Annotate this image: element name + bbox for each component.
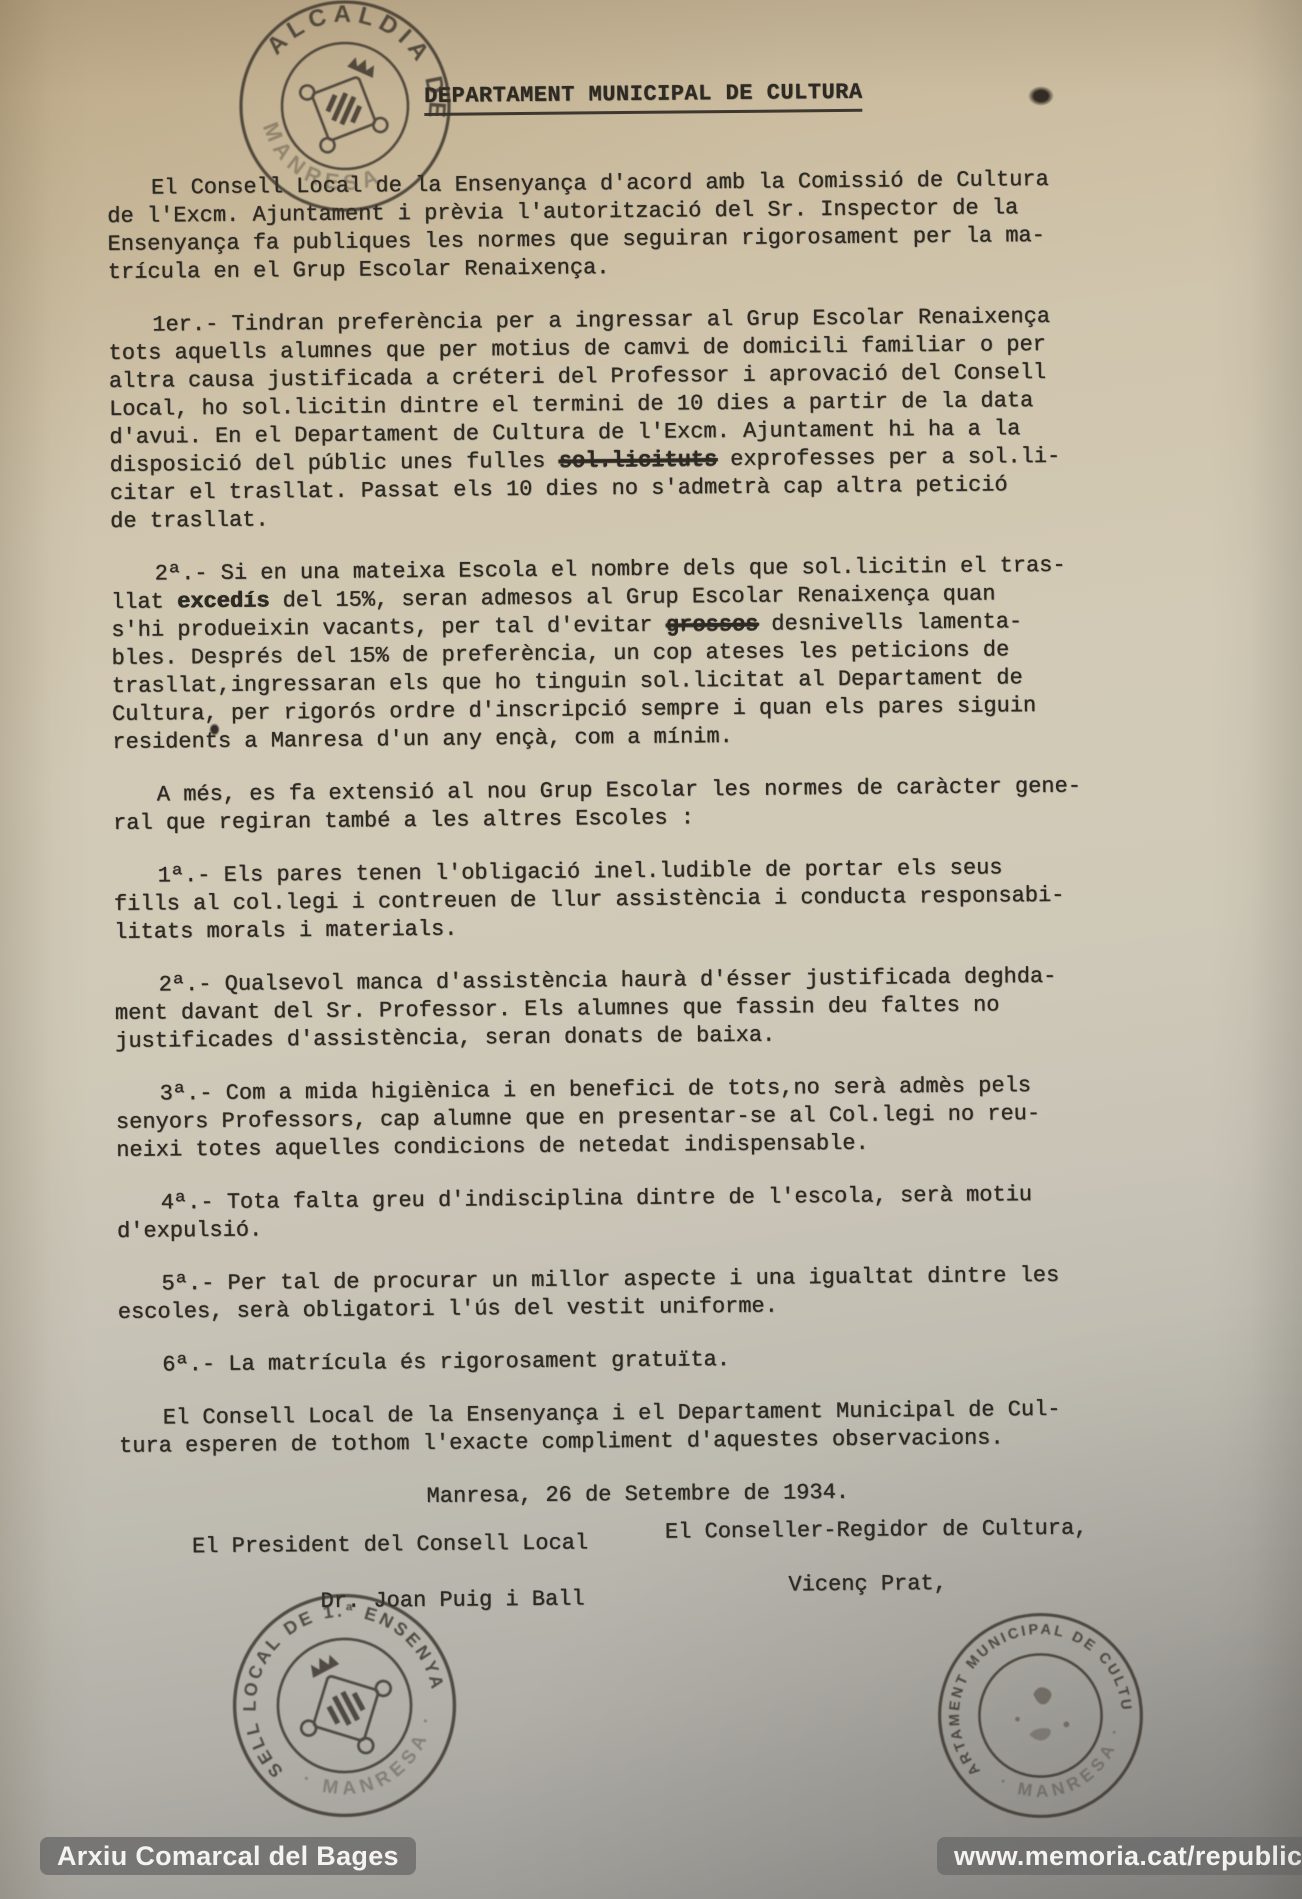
norm-2a-paragraph: 2ª.- Qualsevol manca d'assistència haurà…	[115, 963, 1096, 1056]
general-norms-intro-paragraph: A més, es fa extensió al nou Grup Escola…	[113, 773, 1093, 838]
signature-role-right: El Conseller-Regidor de Cultura,	[665, 1515, 1088, 1547]
norm-3a-paragraph: 3ª.- Com a mida higiènica i en benefici …	[116, 1072, 1097, 1165]
overtyped-word: excedís	[177, 588, 270, 614]
website-watermark-label: www.memoria.cat/republica	[937, 1837, 1302, 1875]
struck-word: grossos	[666, 612, 759, 638]
signature-roles-row: El President del Consell Local El Consel…	[120, 1525, 1100, 1562]
rule-2a-paragraph: 2ª.- Si en una mateixa Escola el nombre …	[111, 552, 1093, 757]
typewritten-text-block: DEPARTAMENT MUNICIPAL DE CULTURA El Cons…	[106, 71, 1101, 1618]
ink-smudge	[1007, 1683, 1071, 1748]
document-title: DEPARTAMENT MUNICIPAL DE CULTURA	[424, 77, 1086, 116]
archive-watermark-label: Arxiu Comarcal del Bages	[40, 1837, 416, 1875]
manresa-coat-of-arms-icon	[275, 1635, 413, 1776]
document-title-text: DEPARTAMENT MUNICIPAL DE CULTURA	[424, 79, 863, 116]
departament-cultura-stamp-icon: DEPARTAMENT MUNICIPAL DE CULTURA · MANRE…	[891, 1566, 1189, 1864]
dateline: Manresa, 26 de Setembre de 1934.	[426, 1477, 1099, 1511]
stamp-arc-text: ALCALDIA DE	[258, 0, 482, 133]
signature-name-right: Vicenç Prat,	[788, 1570, 947, 1600]
norm-6a-paragraph: 6ª.- La matrícula és rigorosament gratuï…	[118, 1343, 1098, 1380]
norm-4a-paragraph: 4ª.- Tota falta greu d'indisciplina dint…	[117, 1181, 1097, 1246]
rule-1er-paragraph: 1er.- Tindran preferència per a ingressa…	[108, 303, 1090, 536]
scanned-document-page: DEPARTAMENT MUNICIPAL DE CULTURA El Cons…	[0, 0, 1302, 1899]
norm-5a-paragraph: 5ª.- Per tal de procurar un millor aspec…	[117, 1262, 1097, 1327]
struck-word: sol.licituts	[558, 447, 717, 474]
norm-1a-paragraph: 1ª.- Els pares tenen l'obligació inel.lu…	[114, 854, 1095, 947]
closing-paragraph: El Consell Local de la Ensenyança i el D…	[119, 1396, 1099, 1461]
